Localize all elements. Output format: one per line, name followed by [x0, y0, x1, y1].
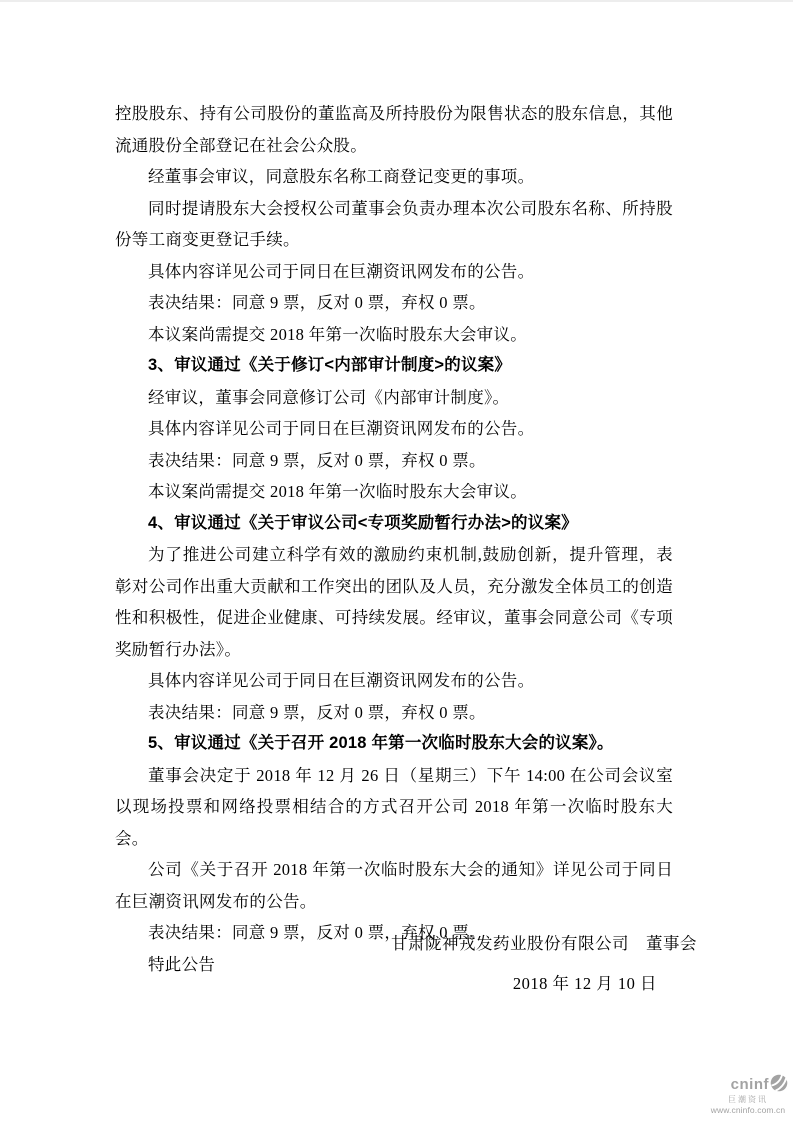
paragraph: 经董事会审议，同意股东名称工商登记变更的事项。: [115, 161, 673, 193]
paragraph: 表决结果：同意 9 票，反对 0 票，弃权 0 票。: [115, 697, 673, 729]
cninfo-logo-row: cninf: [706, 1074, 790, 1095]
paragraph: 公司《关于召开 2018 年第一次临时股东大会的通知》详见公司于同日在巨潮资讯网…: [115, 854, 673, 917]
cninfo-swirl-icon: [770, 1074, 788, 1092]
announcement-body: 控股股东、持有公司股份的董监高及所持股份为限售状态的股东信息，其他流通股份全部登…: [115, 98, 673, 980]
signature-company: 甘肃陇神戎发药业股份有限公司 董事会: [0, 924, 697, 964]
signature-block: 甘肃陇神戎发药业股份有限公司 董事会 2018 年 12 月 10 日: [0, 924, 793, 1004]
paragraph: 本议案尚需提交 2018 年第一次临时股东大会审议。: [115, 319, 673, 351]
paragraph: 经审议，董事会同意修订公司《内部审计制度》。: [115, 382, 673, 414]
paragraph: 具体内容详见公司于同日在巨潮资讯网发布的公告。: [115, 665, 673, 697]
cninfo-url: www.cninfo.com.cn: [706, 1105, 790, 1115]
paragraph: 本议案尚需提交 2018 年第一次临时股东大会审议。: [115, 476, 673, 508]
paragraph: 具体内容详见公司于同日在巨潮资讯网发布的公告。: [115, 413, 673, 445]
paragraph: 控股股东、持有公司股份的董监高及所持股份为限售状态的股东信息，其他流通股份全部登…: [115, 98, 673, 161]
cninfo-brand-cn: 巨潮资讯: [706, 1095, 790, 1105]
section-heading: 3、审议通过《关于修订<内部审计制度>的议案》: [115, 350, 673, 382]
section-heading: 4、审议通过《关于审议公司<专项奖励暂行办法>的议案》: [115, 508, 673, 540]
paragraph: 具体内容详见公司于同日在巨潮资讯网发布的公告。: [115, 256, 673, 288]
paragraph: 表决结果：同意 9 票，反对 0 票，弃权 0 票。: [115, 287, 673, 319]
section-heading: 5、审议通过《关于召开 2018 年第一次临时股东大会的议案》。: [115, 728, 673, 760]
signature-date: 2018 年 12 月 10 日: [0, 964, 657, 1004]
paragraph: 董事会决定于 2018 年 12 月 26 日（星期三）下午 14:00 在公司…: [115, 760, 673, 855]
cninfo-watermark: cninf 巨潮资讯 www.cninfo.com.cn: [706, 1074, 790, 1115]
announcement-page: 控股股东、持有公司股份的董监高及所持股份为限售状态的股东信息，其他流通股份全部登…: [0, 0, 793, 1122]
paragraph: 为了推进公司建立科学有效的激励约束机制,鼓励创新，提升管理，表彰对公司作出重大贡…: [115, 539, 673, 665]
cninfo-brand-text: cninf: [731, 1077, 769, 1092]
paragraph: 表决结果：同意 9 票，反对 0 票，弃权 0 票。: [115, 445, 673, 477]
paragraph: 同时提请股东大会授权公司董事会负责办理本次公司股东名称、所持股份等工商变更登记手…: [115, 193, 673, 256]
